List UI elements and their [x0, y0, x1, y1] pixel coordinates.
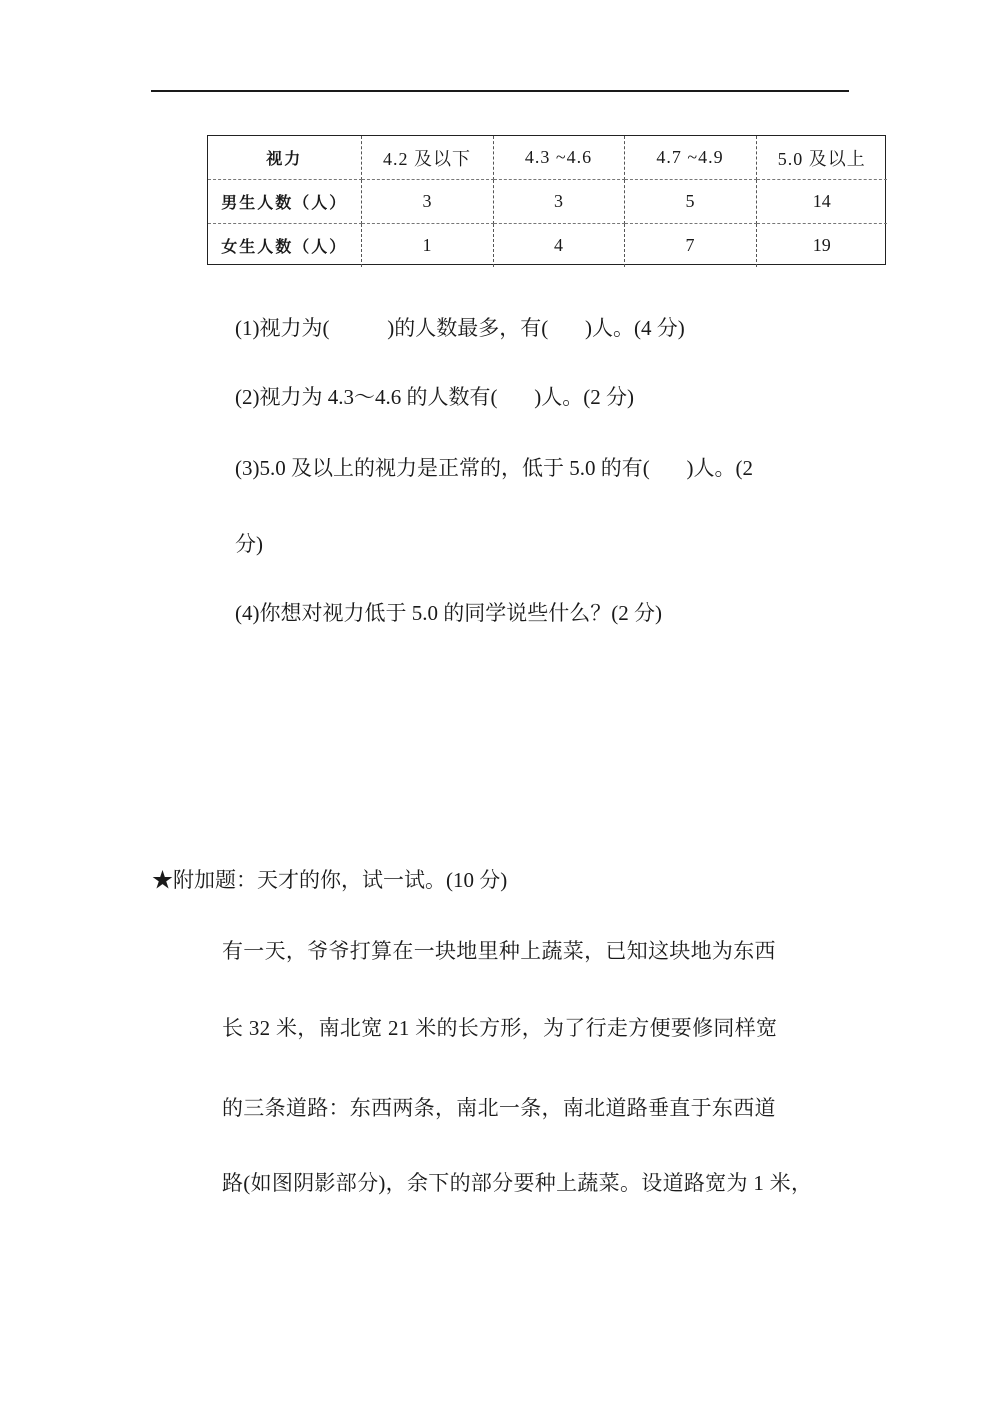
table-header-row: 视力 4.2 及以下 4.3 ~4.6 4.7 ~4.9 5.0 及以上 — [208, 136, 887, 180]
table-cell: 4 — [493, 224, 624, 268]
row-label: 男生人数（人） — [208, 180, 361, 224]
row-label: 女生人数（人） — [208, 224, 361, 268]
question-3-continued: 分) — [235, 528, 263, 558]
bonus-title: ★附加题：天才的你，试一试。(10 分) — [152, 864, 507, 894]
question-3: (3)5.0 及以上的视力是正常的，低于 5.0 的有( )人。(2 — [235, 452, 753, 482]
table-cell: 5 — [624, 180, 756, 224]
bonus-line: 有一天，爷爷打算在一块地里种上蔬菜，已知这块地为东西 — [222, 935, 776, 965]
table-header-cell: 5.0 及以上 — [756, 136, 887, 180]
bonus-line: 路(如图阴影部分)，余下的部分要种上蔬菜。设道路宽为 1 米， — [222, 1167, 812, 1197]
table-cell: 3 — [493, 180, 624, 224]
question-2: (2)视力为 4.3～4.6 的人数有( )人。(2 分) — [235, 381, 634, 411]
vision-table: 视力 4.2 及以下 4.3 ~4.6 4.7 ~4.9 5.0 及以上 男生人… — [207, 135, 886, 265]
question-4: (4)你想对视力低于 5.0 的同学说些什么？(2 分) — [235, 597, 662, 627]
bonus-line: 的三条道路：东西两条，南北一条，南北道路垂直于东西道 — [222, 1092, 776, 1122]
table-row-boys: 男生人数（人） 3 3 5 14 — [208, 180, 887, 224]
table-cell: 19 — [756, 224, 887, 268]
table-header-cell: 4.7 ~4.9 — [624, 136, 756, 180]
header-rule — [151, 90, 849, 92]
bonus-line: 长 32 米，南北宽 21 米的长方形，为了行走方便要修同样宽 — [222, 1012, 777, 1042]
table-cell: 3 — [361, 180, 493, 224]
table-cell: 1 — [361, 224, 493, 268]
table-header-cell: 4.2 及以下 — [361, 136, 493, 180]
table-row-girls: 女生人数（人） 1 4 7 19 — [208, 224, 887, 268]
table-header-cell: 视力 — [208, 136, 361, 180]
question-1: (1)视力为( )的人数最多，有( )人。(4 分) — [235, 312, 685, 342]
table-cell: 14 — [756, 180, 887, 224]
table-header-cell: 4.3 ~4.6 — [493, 136, 624, 180]
table-cell: 7 — [624, 224, 756, 268]
